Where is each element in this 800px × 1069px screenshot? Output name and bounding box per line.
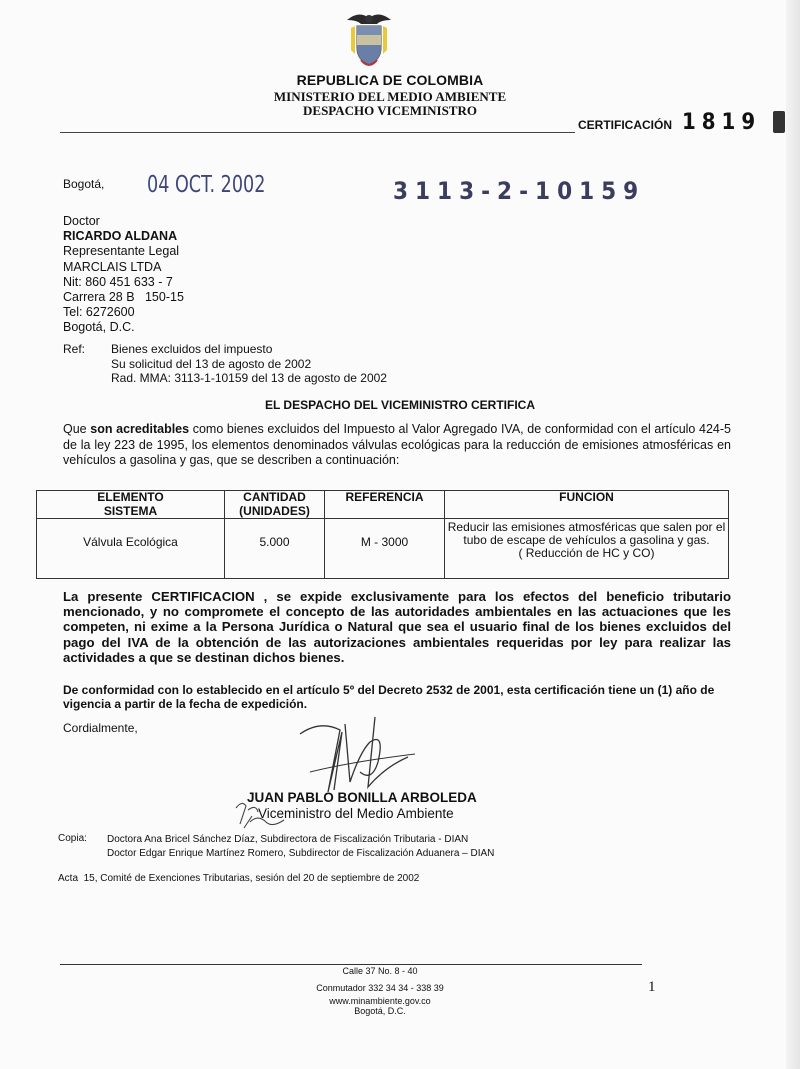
date-stamp: 04 OCT. 2002 — [147, 172, 265, 198]
header-funcion: FUNCION — [445, 491, 729, 519]
recipient-phone: Tel: 6272600 — [63, 305, 184, 320]
table-row: Válvula Ecológica 5.000 M - 3000 Reducir… — [37, 519, 729, 579]
certification-number: 1819 — [682, 110, 761, 135]
signature-icon — [290, 712, 420, 797]
acta-note: Acta 15, Comité de Exenciones Tributaria… — [58, 873, 419, 884]
reference-line: Rad. MMA: 3113-1-10159 del 13 de agosto … — [111, 371, 387, 386]
reference-label: Ref: — [63, 342, 85, 356]
radicado-stamp: 3113-2-10159 — [393, 177, 645, 205]
header-republic: REPUBLICA DE COLOMBIA — [240, 72, 540, 88]
footer-website[interactable]: www.minambiente.gov.co — [250, 996, 510, 1006]
closing: Cordialmente, — [63, 721, 138, 735]
footer-phone: Conmutador 332 34 34 - 338 39 — [250, 983, 510, 993]
recipient-name: RICARDO ALDANA — [63, 229, 184, 244]
intro-bold: son acreditables — [90, 422, 189, 436]
copy-label: Copia: — [58, 833, 87, 844]
header-divider — [60, 132, 575, 133]
signer-name: JUAN PABLO BONILLA ARBOLEDA — [247, 790, 477, 805]
copy-lines: Doctora Ana Bricel Sánchez Díaz, Subdire… — [107, 833, 494, 861]
funcion-note: ( Reducción de HC y CO) — [447, 547, 726, 560]
copy-line: Doctor Edgar Enrique Martínez Romero, Su… — [107, 847, 494, 861]
cell-referencia: M - 3000 — [325, 519, 445, 579]
intro-paragraph: Que son acreditables como bienes excluid… — [63, 422, 731, 469]
dateline-city: Bogotá, — [63, 177, 104, 191]
copy-line: Doctora Ana Bricel Sánchez Díaz, Subdire… — [107, 833, 494, 847]
validity-paragraph: De conformidad con lo establecido en el … — [63, 683, 731, 711]
disclaimer-paragraph: La presente CERTIFICACION , se expide ex… — [63, 589, 731, 665]
recipient-block: Doctor RICARDO ALDANA Representante Lega… — [63, 214, 184, 336]
reference-line: Su solicitud del 13 de agosto de 2002 — [111, 357, 387, 372]
recipient-title: Doctor — [63, 214, 184, 229]
items-table: ELEMENTO SISTEMA CANTIDAD (UNIDADES) REF… — [36, 490, 729, 579]
recipient-role: Representante Legal — [63, 244, 184, 259]
coat-of-arms-icon — [341, 10, 397, 72]
page-number: 1 — [648, 979, 656, 996]
section-title: EL DESPACHO DEL VICEMINISTRO CERTIFICA — [0, 398, 800, 412]
footer-divider — [60, 964, 642, 965]
header-elemento: ELEMENTO SISTEMA — [37, 491, 225, 519]
recipient-city: Bogotá, D.C. — [63, 320, 184, 335]
cell-elemento: Válvula Ecológica — [37, 519, 225, 579]
staple-mark-icon — [773, 111, 785, 133]
header-referencia: REFERENCIA — [325, 491, 445, 519]
recipient-nit: Nit: 860 451 633 - 7 — [63, 275, 184, 290]
recipient-address: Carrera 28 B 150-15 — [63, 290, 184, 305]
reference-line: Bienes excluidos del impuesto — [111, 342, 387, 357]
intro-prefix: Que — [63, 422, 90, 436]
header-cantidad: CANTIDAD (UNIDADES) — [225, 491, 325, 519]
table-header-row: ELEMENTO SISTEMA CANTIDAD (UNIDADES) REF… — [37, 491, 729, 519]
scan-edge — [786, 0, 800, 1069]
footer-city: Bogotá, D.C. — [250, 1006, 510, 1016]
cell-cantidad: 5.000 — [225, 519, 325, 579]
reference-lines: Bienes excluidos del impuesto Su solicit… — [111, 342, 387, 386]
cell-funcion: Reducir las emisiones atmosféricas que s… — [445, 519, 729, 579]
signer-title: Viceministro del Medio Ambiente — [258, 806, 454, 821]
funcion-text: Reducir las emisiones atmosféricas que s… — [447, 521, 726, 547]
header-office: DESPACHO VICEMINISTRO — [240, 103, 540, 119]
recipient-company: MARCLAIS LTDA — [63, 260, 184, 275]
footer-address: Calle 37 No. 8 - 40 — [250, 966, 510, 976]
certification-label: CERTIFICACIÓN — [578, 118, 672, 132]
